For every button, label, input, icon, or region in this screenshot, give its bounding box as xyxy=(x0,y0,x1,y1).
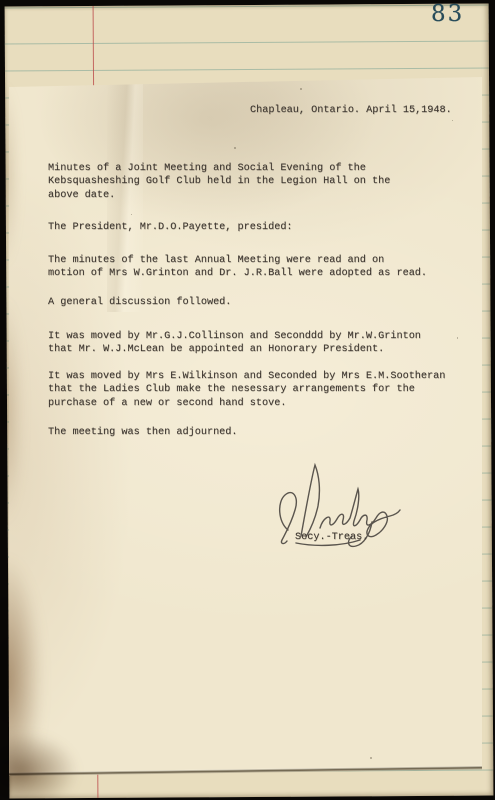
paper-speck xyxy=(457,337,458,339)
page-number: 83 xyxy=(431,1,464,27)
paper-speck xyxy=(452,120,453,121)
paragraph-line: The meeting was then adjourned. xyxy=(48,426,238,439)
paragraph-line: that the Ladies Club make the nesessary … xyxy=(48,383,445,396)
paragraph-line: above date. xyxy=(48,189,390,202)
paragraph-adjourned: The meeting was then adjourned. xyxy=(48,426,238,439)
paragraph-line: purchase of a new or second hand stove. xyxy=(48,397,445,410)
paragraph-line: Minutes of a Joint Meeting and Social Ev… xyxy=(48,162,390,175)
paragraph-discussion: A general discussion followed. xyxy=(48,296,231,309)
paragraph-motion-honorary-president: It was moved by Mr.G.J.Collinson and Sec… xyxy=(48,330,421,357)
paper-speck xyxy=(370,757,372,759)
paper-speck xyxy=(131,214,132,215)
paragraph-minutes-read: The minutes of the last Annual Meeting w… xyxy=(48,254,427,281)
paragraph-line: motion of Mrs W.Grinton and Dr. J.R.Ball… xyxy=(48,267,427,280)
paragraph-line: Kebsquasheshing Golf Club held in the Le… xyxy=(48,175,390,188)
paragraph-line: A general discussion followed. xyxy=(48,296,231,309)
dateline: Chapleau, Ontario. April 15,1948. xyxy=(250,104,452,117)
paragraph-line: The minutes of the last Annual Meeting w… xyxy=(48,254,427,267)
paragraph-line: The President, Mr.D.O.Payette, presided: xyxy=(48,221,293,234)
paragraph-line: It was moved by Mrs E.Wilkinson and Seco… xyxy=(48,370,445,383)
paragraph-opening: Minutes of a Joint Meeting and Social Ev… xyxy=(48,162,390,202)
paper-speck xyxy=(234,147,236,149)
paper-speck xyxy=(300,88,302,90)
paragraph-president: The President, Mr.D.O.Payette, presided: xyxy=(48,221,293,234)
paragraph-line: It was moved by Mr.G.J.Collinson and Sec… xyxy=(48,330,421,343)
dateline-text: Chapleau, Ontario. April 15,1948. xyxy=(250,104,452,117)
minutes-sheet: Chapleau, Ontario. April 15,1948. Minute… xyxy=(9,77,482,776)
paragraph-line: that Mr. W.J.McLean be appointed an Hono… xyxy=(48,343,421,356)
handwritten-signature xyxy=(272,458,406,552)
paragraph-motion-stove: It was moved by Mrs E.Wilkinson and Seco… xyxy=(48,370,445,410)
